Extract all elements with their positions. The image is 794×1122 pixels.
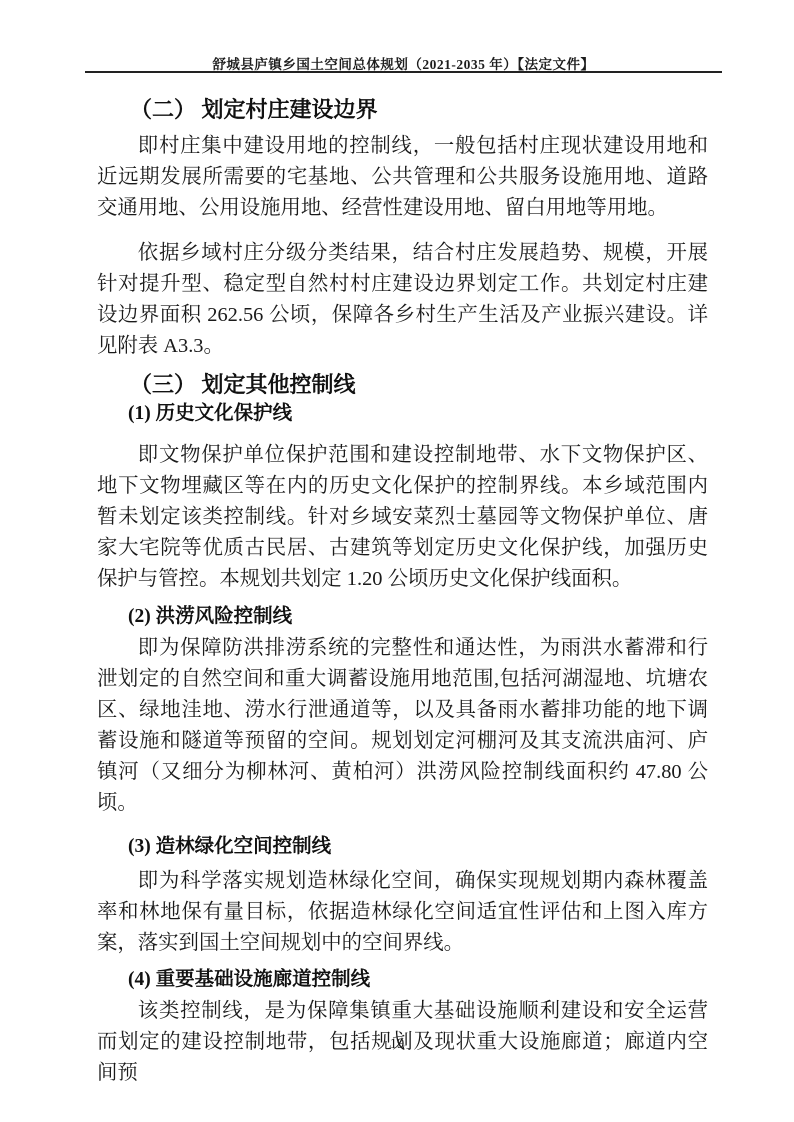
subsection-heading-infrastructure-corridor-line: (4) 重要基础设施廊道控制线 <box>97 968 708 992</box>
paragraph-village-boundary-definition: 即村庄集中建设用地的控制线，一般包括村庄现状建设用地和近远期发展所需要的宅基地、… <box>97 131 708 224</box>
paragraph-afforestation-space-line: 即为科学落实规划造林绿化空间，确保实现规划期内森林覆盖率和林地保有量目标，依据造… <box>97 866 708 959</box>
paragraph-village-boundary-area: 依据乡域村庄分级分类结果，结合村庄发展趋势、规模，开展针对提升型、稳定型自然村村… <box>97 238 708 362</box>
subsection-heading-flood-risk-line: (2) 洪涝风险控制线 <box>97 605 708 629</box>
paragraph-flood-risk-line: 即为保障防洪排涝系统的完整性和通达性，为雨洪水蓄滞和行泄划定的自然空间和重大调蓄… <box>97 633 708 819</box>
document-page: 舒城县庐镇乡国土空间总体规划（2021-2035 年）【法定文件】 （二） 划定… <box>0 0 794 1122</box>
subsection-heading-afforestation-space-line: (3) 造林绿化空间控制线 <box>97 835 708 859</box>
document-body: （二） 划定村庄建设边界 即村庄集中建设用地的控制线，一般包括村庄现状建设用地和… <box>97 72 708 1089</box>
subsection-heading-historic-culture-line: (1) 历史文化保护线 <box>97 402 708 426</box>
section-heading-3: （三） 划定其他控制线 <box>97 371 708 399</box>
page-number: 19 <box>0 1036 794 1053</box>
section-heading-2: （二） 划定村庄建设边界 <box>97 96 708 124</box>
running-header-title: 舒城县庐镇乡国土空间总体规划（2021-2035 年）【法定文件】 <box>85 53 722 73</box>
paragraph-historic-culture-line: 即文物保护单位保护范围和建设控制地带、水下文物保护区、地下文物埋藏区等在内的历史… <box>97 440 708 595</box>
